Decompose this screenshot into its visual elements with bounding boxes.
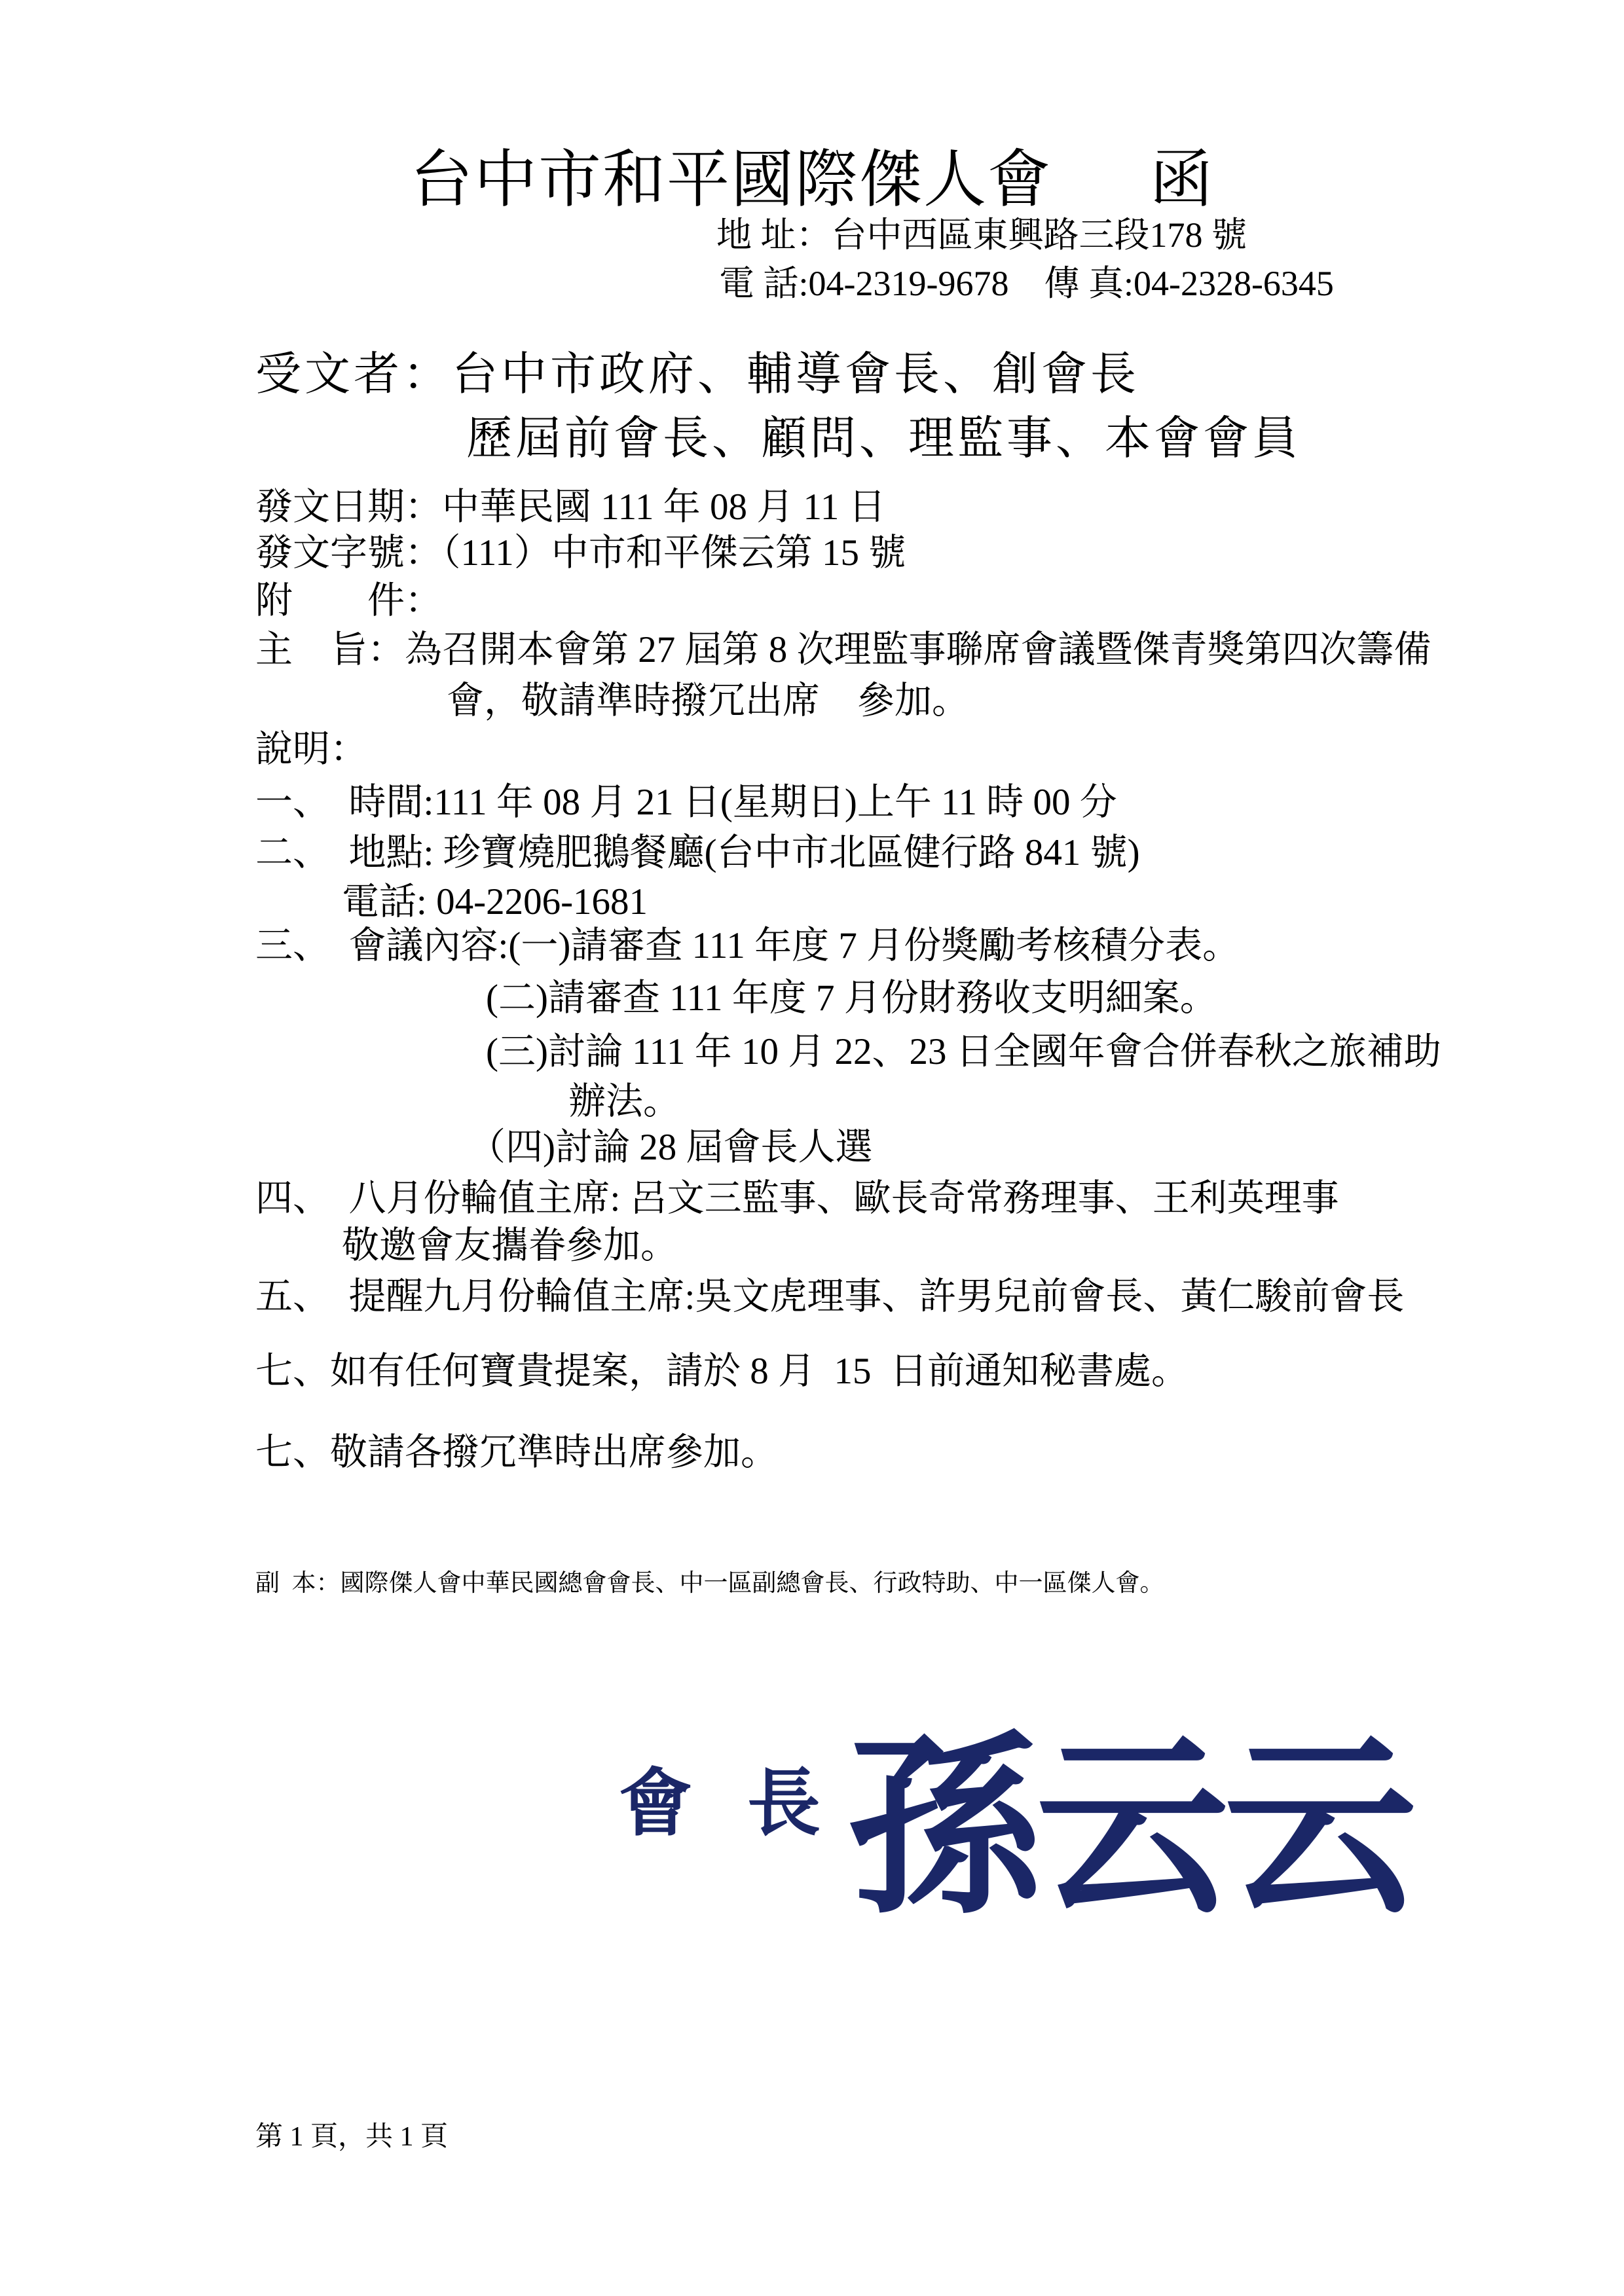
explanation-item-2-place: 二、 地點: 珍寶燒肥鵝餐廳(台中市北區健行路 841 號) <box>255 831 1140 875</box>
explanation-item-1-time: 一、 時間:111 年 08 月 21 日(星期日)上午 11 時 00 分 <box>255 781 1117 824</box>
subject-line-1: 主 旨：為召開本會第 27 屆第 8 次理監事聯席會議暨傑青獎第四次籌備 <box>255 629 1431 672</box>
agenda-sub-4: （四)討論 28 屆會長人選 <box>468 1126 872 1169</box>
subject-line-2: 會，敬請準時撥冗出席 參加。 <box>447 680 969 723</box>
org-phone-fax: 電 話:04-2319-9678 傳 真:04-2328-6345 <box>719 263 1334 304</box>
explanation-item-2-phone: 電話: 04-2206-1681 <box>342 881 648 924</box>
ref-number: 發文字號：（111）中市和平傑云第 15 號 <box>255 532 906 575</box>
attachment-label: 附 件： <box>255 579 442 623</box>
recipient-line-2: 歷屆前會長、顧問、理監事、本會會員 <box>466 413 1301 466</box>
agenda-sub-2: (二)請審查 111 年度 7 月份財務收支明細案。 <box>486 977 1217 1020</box>
agenda-sub-3-cont: 辦法。 <box>568 1080 680 1123</box>
signature-title: 會 長 <box>619 1745 821 1850</box>
signature-name: 孫云云 <box>848 1673 1412 1950</box>
doc-type: 函 <box>1150 130 1214 219</box>
cc-line: 副 本：國際傑人會中華民國總會會長、中一區副總會長、行政特助、中一區傑人會。 <box>255 1570 1164 1598</box>
explanation-item-3-agenda: 三、 會議內容:(一)請審查 111 年度 7 月份獎勵考核積分表。 <box>255 924 1240 968</box>
issue-date: 發文日期：中華民國 111 年 08 月 11 日 <box>255 486 886 529</box>
explanation-item-7-attend: 七、敬請各撥冗準時出席參加。 <box>255 1431 778 1474</box>
letterhead: 台中市和平國際傑人會 函 <box>0 130 1624 219</box>
explanation-item-4-chairs: 四、 八月份輪值主席: 呂文三監事、歐長奇常務理事、王利英理事 <box>255 1177 1339 1220</box>
org-address: 地 址：台中西區東興路三段178 號 <box>716 215 1247 255</box>
recipient-line-1: 受文者：台中市政府、輔導會長、創會長 <box>255 349 1139 402</box>
explanation-heading: 說明： <box>255 728 367 771</box>
agenda-sub-3: (三)討論 111 年 10 月 22、23 日全國年會合併春秋之旅補助 <box>486 1030 1441 1074</box>
explanation-item-5-reminder: 五、 提醒九月份輪值主席:吳文虎理事、許男兒前會長、黃仁駿前會長 <box>255 1275 1404 1319</box>
document-page: 台中市和平國際傑人會 函 地 址：台中西區東興路三段178 號 電 話:04-2… <box>0 0 1624 2296</box>
explanation-item-4-cont: 敬邀會友攜眷參加。 <box>342 1224 678 1267</box>
org-name: 台中市和平國際傑人會 <box>410 130 1052 219</box>
explanation-item-7-proposals: 七、如有任何寶貴提案，請於 8 月 15 日前通知秘書處。 <box>255 1350 1189 1393</box>
page-number: 第 1 頁，共 1 頁 <box>255 2121 448 2153</box>
